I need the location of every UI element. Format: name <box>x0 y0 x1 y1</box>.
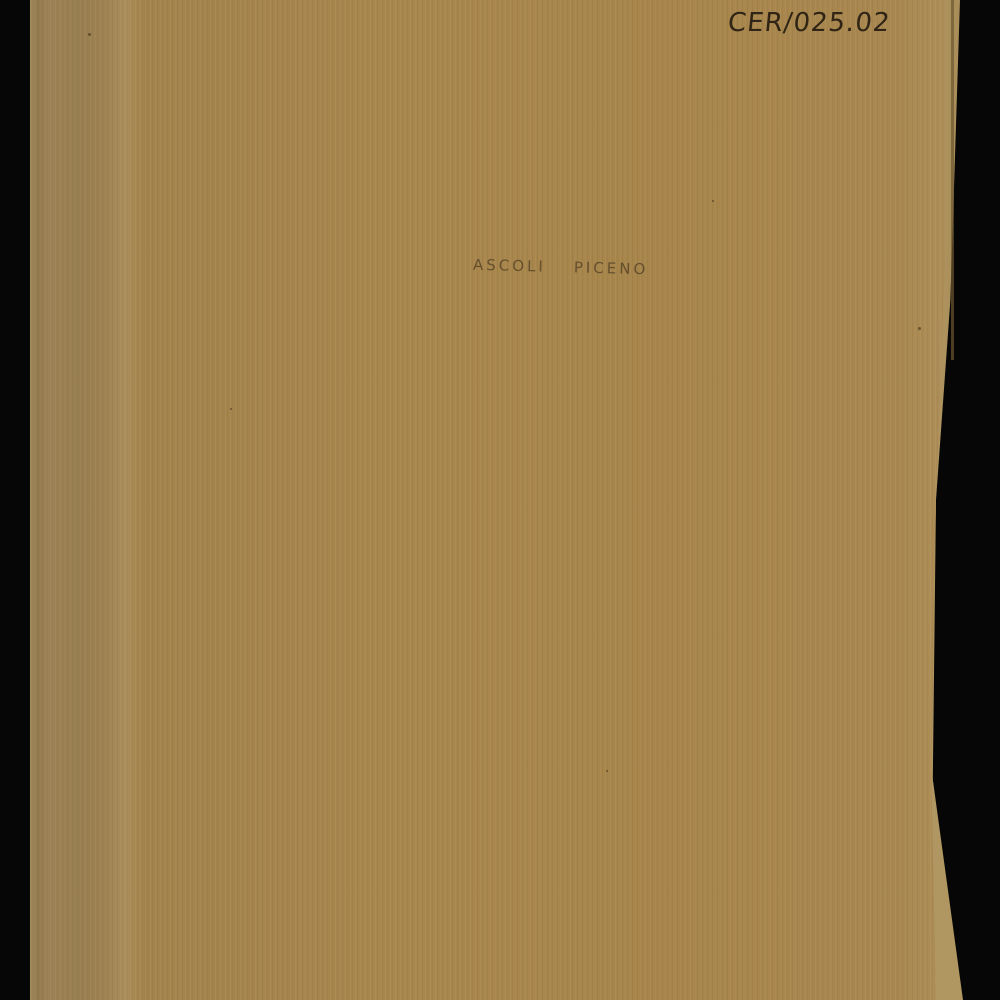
paper-speck <box>88 33 91 36</box>
title-word-ascoli: ASCOLI <box>473 256 546 276</box>
back-sheet-fold-line <box>951 0 954 1000</box>
paper-speck <box>712 200 714 202</box>
folder-cover <box>30 0 945 1000</box>
scan-canvas: CER/025.02 ASCOLIPICENO <box>0 0 1000 1000</box>
paper-speck <box>606 770 608 772</box>
folder-crease <box>105 0 145 1000</box>
title-word-piceno: PICENO <box>574 258 649 278</box>
shelfmark-label: CER/025.02 <box>726 8 892 38</box>
folder-spine <box>30 0 140 1000</box>
paper-speck <box>918 327 921 330</box>
paper-speck <box>230 408 232 410</box>
